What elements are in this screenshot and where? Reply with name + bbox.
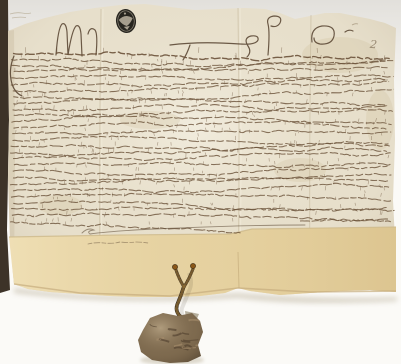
cord-knot-left: [172, 264, 177, 269]
charter-photo-canvas: 2: [0, 0, 401, 364]
corner-number-mark: 2: [368, 38, 377, 52]
wax-ridge: [169, 329, 177, 330]
photo-of-parchment-charter: 2: [0, 0, 401, 364]
cord-knot-right: [190, 263, 195, 268]
plica-shading: [9, 227, 396, 297]
